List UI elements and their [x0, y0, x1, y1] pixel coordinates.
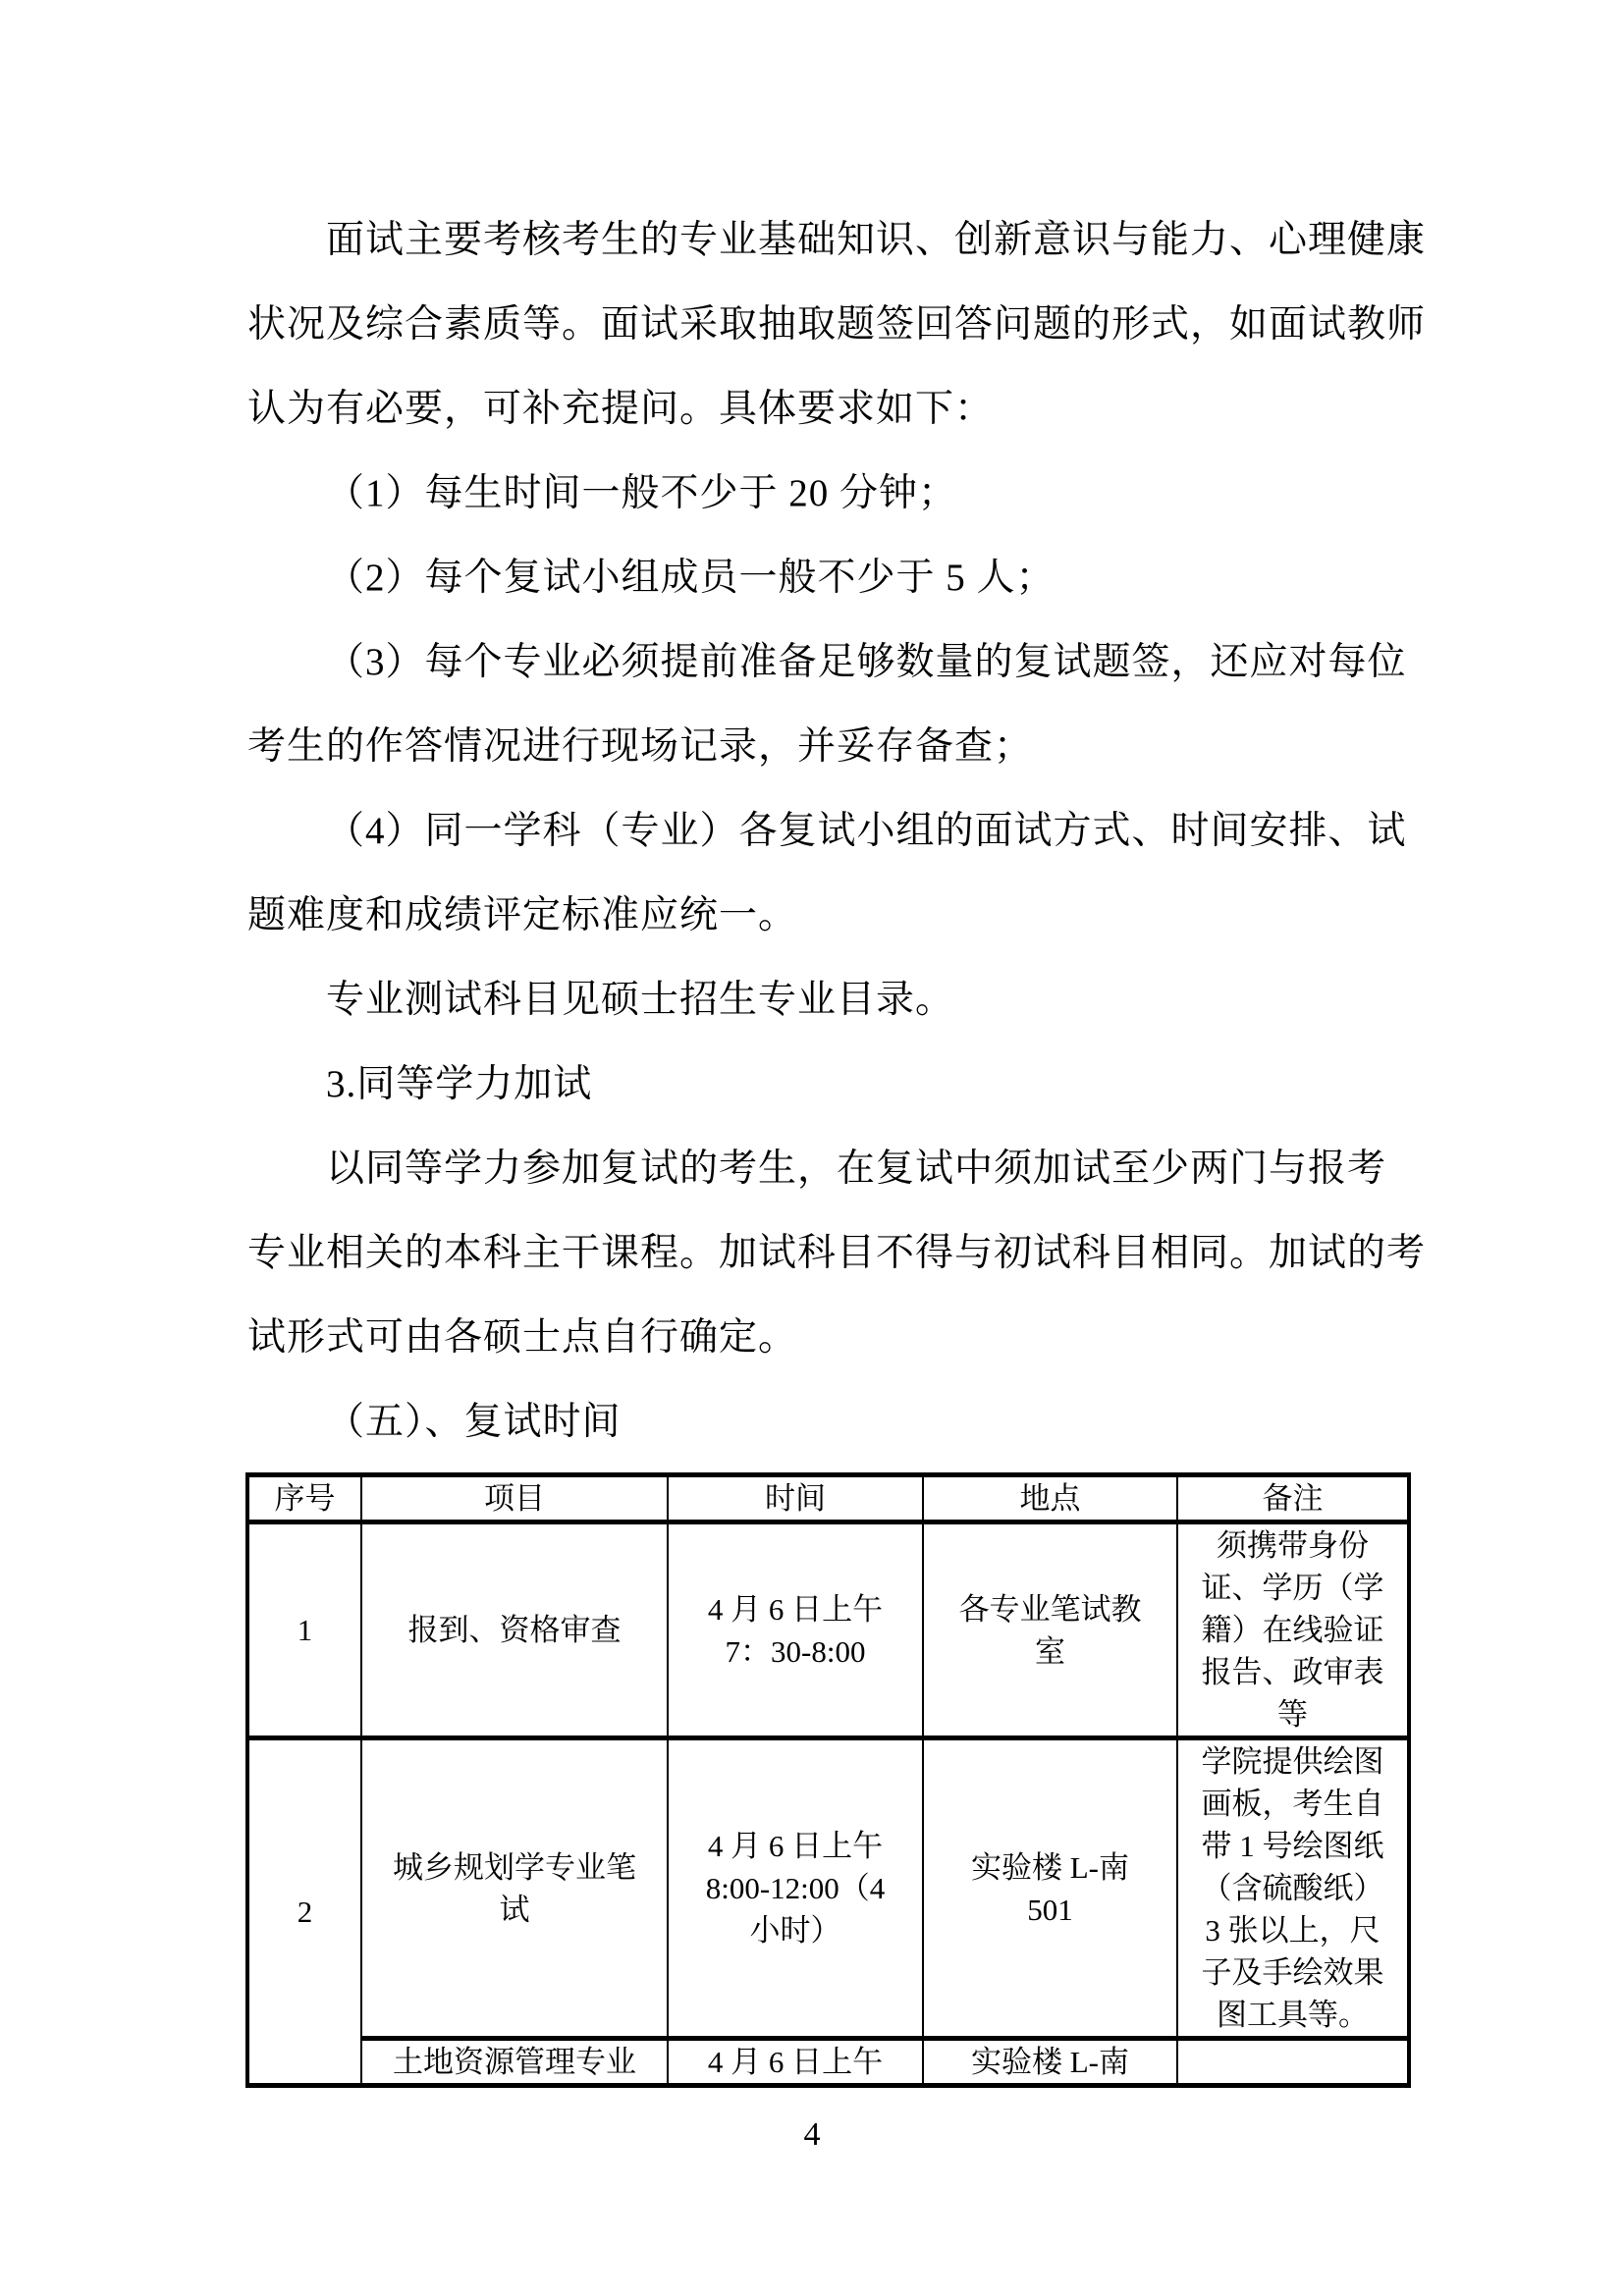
retest-schedule-table: 序号 项目 时间 地点 备注 1 报到、资格审查 4 月 6 日上午 7：30-…: [245, 1472, 1411, 2088]
header-item: 项目: [361, 1475, 668, 1522]
table-header-row: 序号 项目 时间 地点 备注: [247, 1475, 1409, 1522]
header-serial: 序号: [247, 1475, 361, 1522]
cell-place-urban-planning: 实验楼 L-南 501: [923, 1738, 1177, 2039]
cell-time-land-resource: 4 月 6 日上午: [668, 2039, 923, 2086]
cell-note-urban-planning: 学院提供绘图 画板，考生自 带 1 号绘图纸 （含硫酸纸） 3 张以上，尺 子及…: [1177, 1738, 1409, 2039]
paragraph-rule-1: （1）每生时间一般不少于 20 分钟；: [247, 452, 1432, 536]
paragraph-equivalent-exam-detail: 以同等学力参加复试的考生，在复试中须加试至少两门与报考 专业相关的本科主干课程。…: [247, 1127, 1432, 1380]
header-place: 地点: [923, 1475, 1177, 1522]
document-page: 面试主要考核考生的专业基础知识、创新意识与能力、心理健康 状况及综合素质等。面试…: [0, 0, 1624, 2296]
cell-time-urban-planning: 4 月 6 日上午 8:00-12:00（4 小时）: [668, 1738, 923, 2039]
header-time: 时间: [668, 1475, 923, 1522]
paragraph-rule-3: （3）每个专业必须提前准备足够数量的复试题签，还应对每位 考生的作答情况进行现场…: [247, 620, 1432, 789]
cell-item-registration: 报到、资格审查: [361, 1522, 668, 1738]
document-body: 面试主要考核考生的专业基础知识、创新意识与能力、心理健康 状况及综合素质等。面试…: [247, 198, 1432, 1465]
paragraph-subject-note: 专业测试科目见硕士招生专业目录。: [247, 958, 1432, 1042]
table-row: 土地资源管理专业 4 月 6 日上午 实验楼 L-南: [247, 2039, 1409, 2086]
cell-place-land-resource: 实验楼 L-南: [923, 2039, 1177, 2086]
cell-item-land-resource: 土地资源管理专业: [361, 2039, 668, 2086]
cell-place-registration: 各专业笔试教 室: [923, 1522, 1177, 1738]
cell-serial-2: 2: [247, 1738, 361, 2086]
cell-serial-1: 1: [247, 1522, 361, 1738]
page-number: 4: [0, 2116, 1624, 2154]
cell-note-land-resource: [1177, 2039, 1409, 2086]
table-row: 2 城乡规划学专业笔 试 4 月 6 日上午 8:00-12:00（4 小时） …: [247, 1738, 1409, 2039]
paragraph-rule-2: （2）每个复试小组成员一般不少于 5 人；: [247, 536, 1432, 620]
cell-item-urban-planning: 城乡规划学专业笔 试: [361, 1738, 668, 2039]
header-note: 备注: [1177, 1475, 1409, 1522]
paragraph-interview-overview: 面试主要考核考生的专业基础知识、创新意识与能力、心理健康 状况及综合素质等。面试…: [247, 198, 1432, 452]
table-row: 1 报到、资格审查 4 月 6 日上午 7：30-8:00 各专业笔试教 室 须…: [247, 1522, 1409, 1738]
cell-time-registration: 4 月 6 日上午 7：30-8:00: [668, 1522, 923, 1738]
paragraph-heading-retest-time: （五）、复试时间: [247, 1380, 1432, 1465]
cell-note-registration: 须携带身份 证、学历（学 籍）在线验证 报告、政审表 等: [1177, 1522, 1409, 1738]
paragraph-heading-equivalent-exam: 3.同等学力加试: [247, 1042, 1432, 1127]
paragraph-rule-4: （4）同一学科（专业）各复试小组的面试方式、时间安排、试 题难度和成绩评定标准应…: [247, 789, 1432, 958]
